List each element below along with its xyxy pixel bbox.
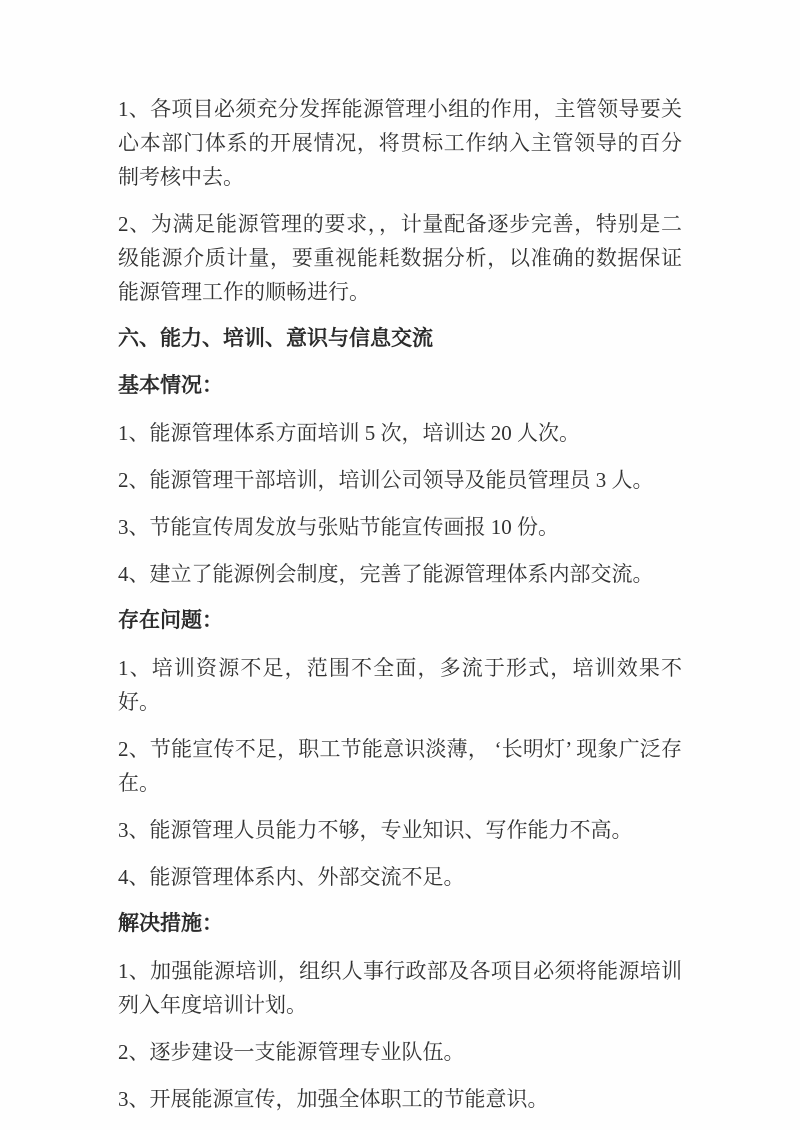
- document-page: 1、各项目必须充分发挥能源管理小组的作用，主管领导要关心本部门体系的开展情况，将…: [0, 0, 800, 1130]
- list-item-problem-resources: 1、培训资源不足，范围不全面，多流于形式，培训效果不好。: [118, 651, 682, 719]
- paragraph-dept-responsibility: 1、各项目必须充分发挥能源管理小组的作用，主管领导要关心本部门体系的开展情况，将…: [118, 92, 682, 194]
- section-heading-six: 六、能力、培训、意识与信息交流: [118, 322, 682, 356]
- list-item-meeting-system: 4、建立了能源例会制度，完善了能源管理体系内部交流。: [118, 557, 682, 591]
- subheading-basic-situation: 基本情况：: [118, 369, 682, 403]
- list-item-posters: 3、节能宣传周发放与张贴节能宣传画报 10 份。: [118, 510, 682, 544]
- list-item-solution-team: 2、逐步建设一支能源管理专业队伍。: [118, 1035, 682, 1069]
- list-item-problem-awareness: 2、节能宣传不足，职工节能意识淡薄， ‘长明灯’ 现象广泛存在。: [118, 732, 682, 800]
- list-item-cadre-training: 2、能源管理干部培训，培训公司领导及能员管理员 3 人。: [118, 463, 682, 497]
- list-item-problem-exchange: 4、能源管理体系内、外部交流不足。: [118, 860, 682, 894]
- subheading-solutions: 解决措施：: [118, 907, 682, 941]
- list-item-solution-publicity: 3、开展能源宣传，加强全体职工的节能意识。: [118, 1082, 682, 1116]
- list-item-solution-training: 1、加强能源培训，组织人事行政部及各项目必须将能源培训列入年度培训计划。: [118, 954, 682, 1022]
- list-item-problem-capability: 3、能源管理人员能力不够，专业知识、写作能力不高。: [118, 813, 682, 847]
- subheading-problems: 存在问题：: [118, 604, 682, 638]
- paragraph-metering: 2、为满足能源管理的要求，，计量配备逐步完善，特别是二级能源介质计量，要重视能耗…: [118, 207, 682, 309]
- list-item-training-count: 1、能源管理体系方面培训 5 次，培训达 20 人次。: [118, 416, 682, 450]
